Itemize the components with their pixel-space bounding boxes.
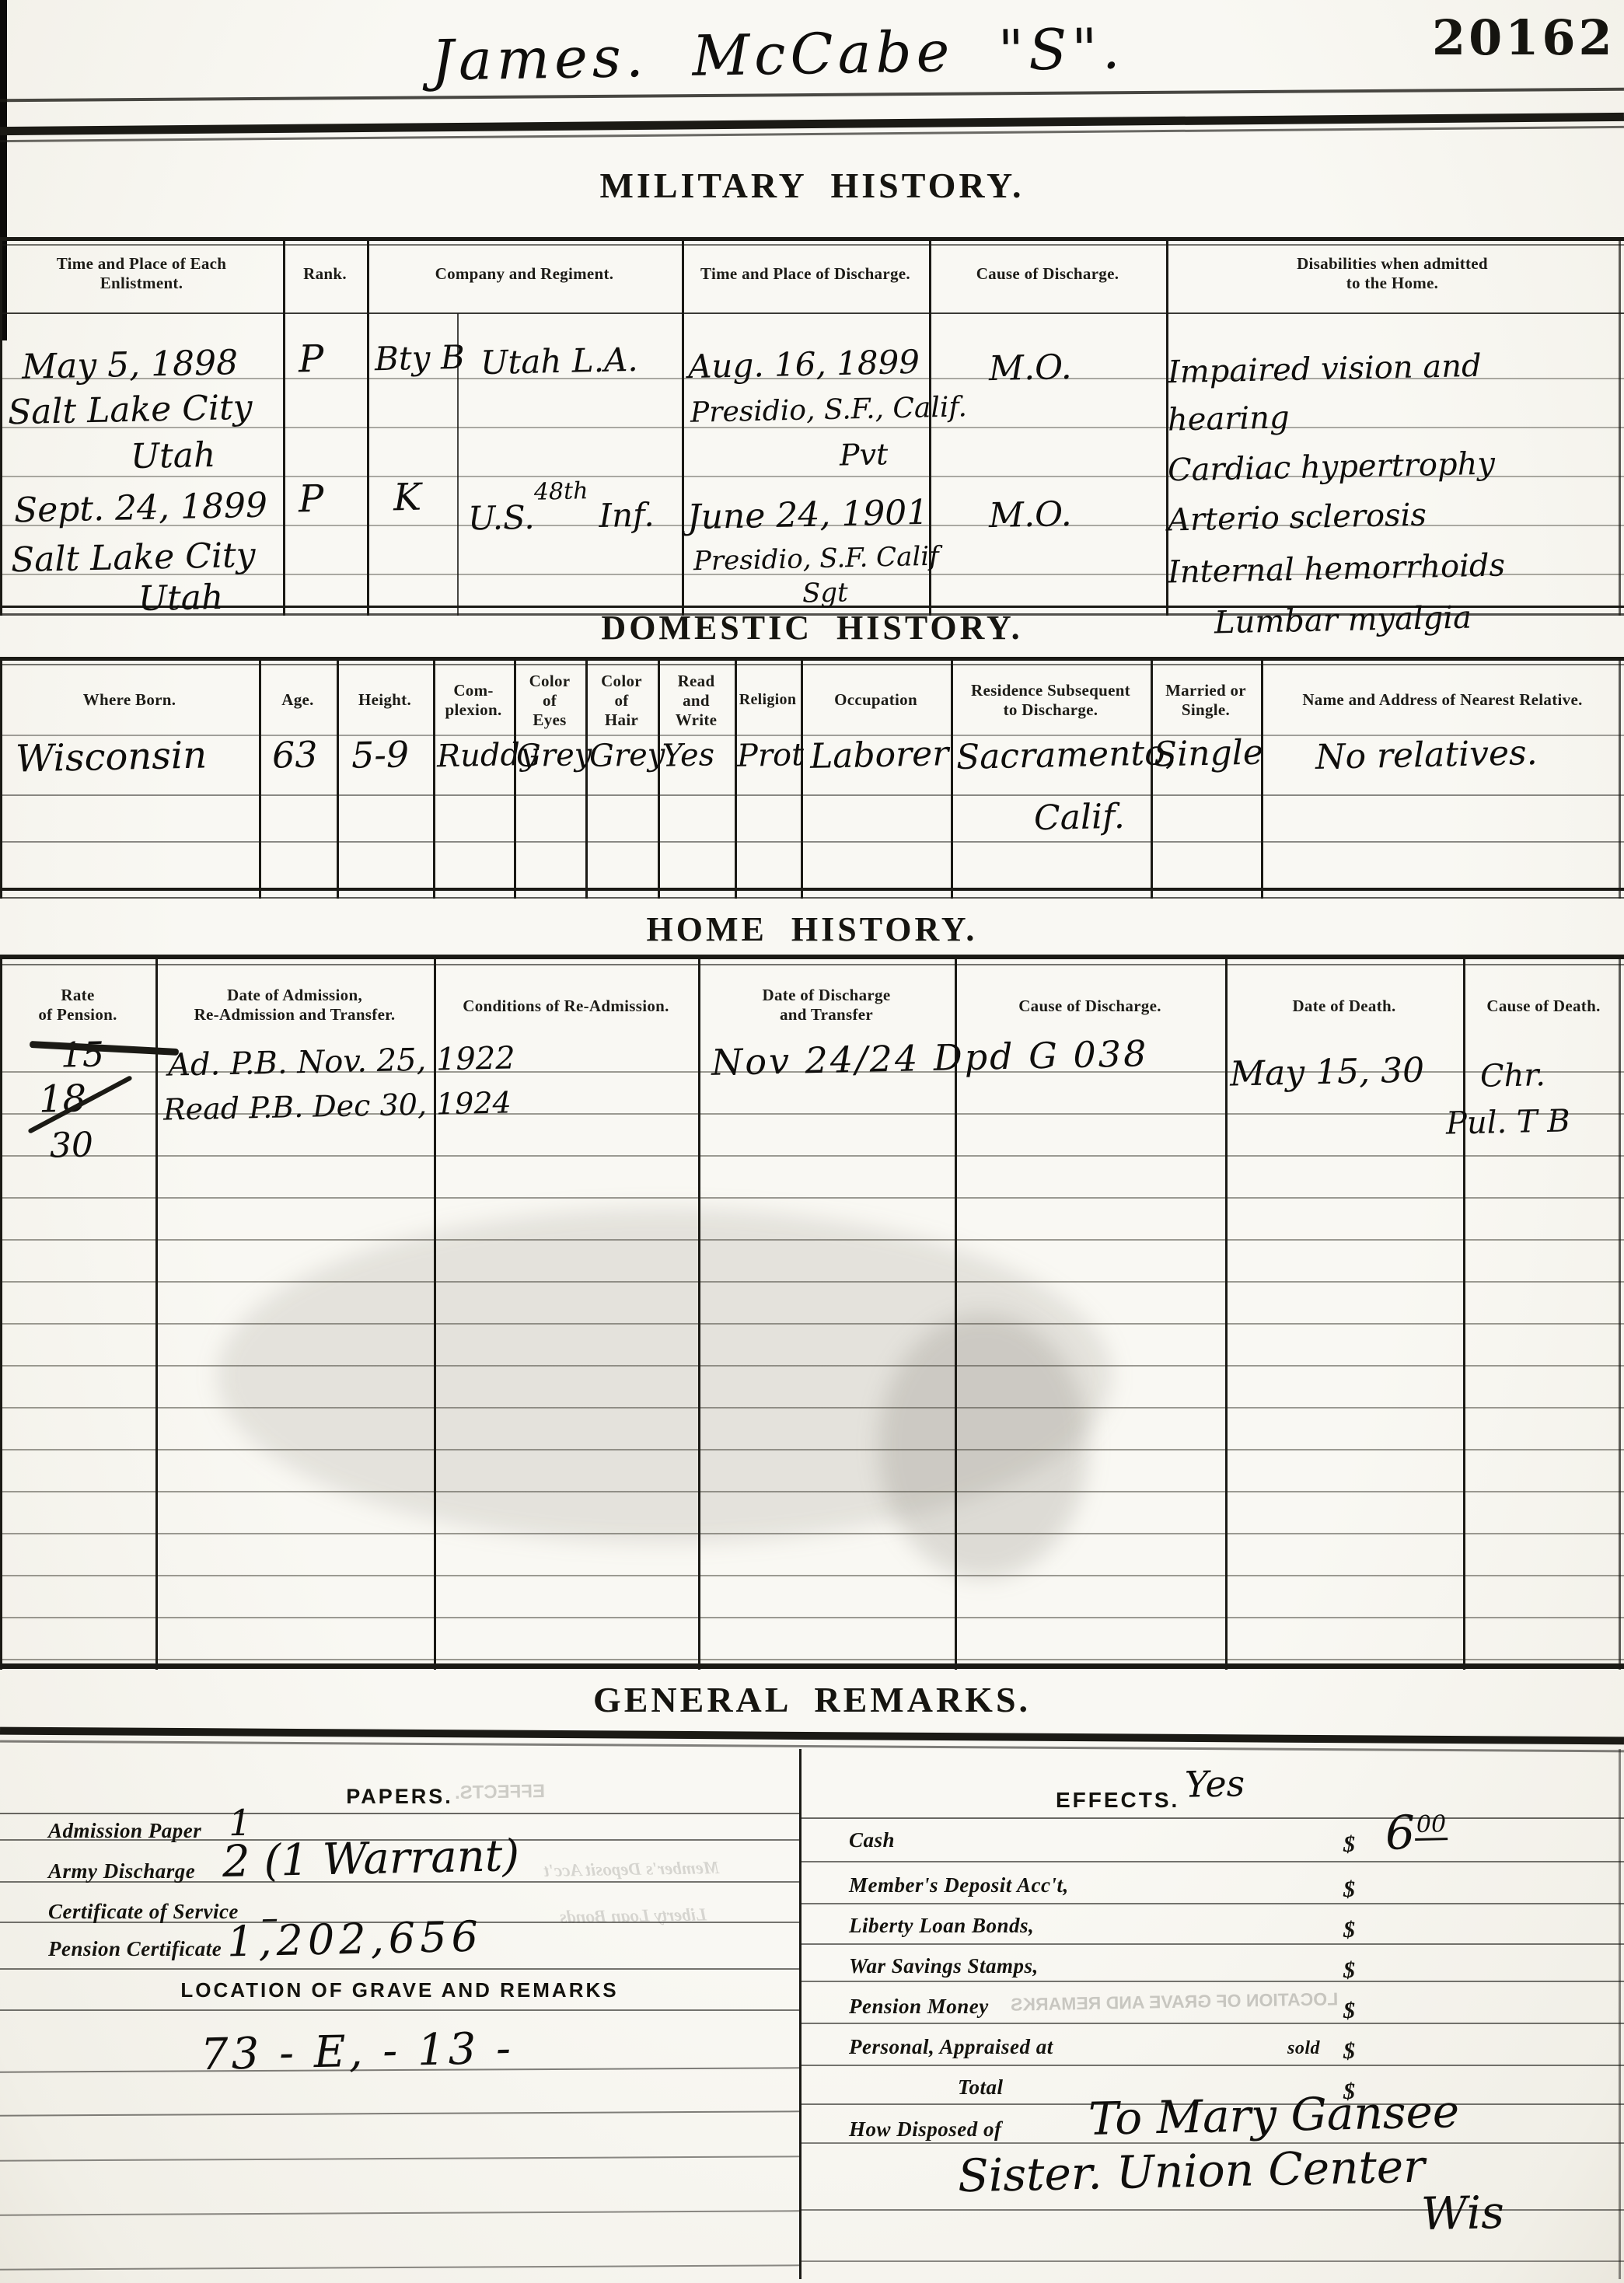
enlistment-place: Salt Lake City <box>11 539 256 578</box>
sold-label: sold <box>1287 2038 1320 2059</box>
discharge-rank: Pvt <box>840 439 889 470</box>
death-cause-value: Chr. <box>1480 1059 1546 1092</box>
column-header: Time and Place of Discharge. <box>682 264 929 284</box>
table-border <box>0 657 1624 661</box>
section-title-remarks: GENERAL REMARKS. <box>0 1679 1624 1720</box>
disposed-value: Sister. Union Center <box>957 2144 1425 2199</box>
column-header: Cause of Death. <box>1463 997 1624 1016</box>
column-header: Name and Address of Nearest Relative. <box>1261 690 1624 710</box>
table-border <box>0 237 1624 241</box>
cash-value: 600 <box>1385 1809 1448 1857</box>
ruled-line <box>799 1861 1624 1862</box>
age-value: 63 <box>272 736 318 773</box>
ruled-line <box>0 794 1624 796</box>
column-header: Rank. <box>283 264 367 284</box>
rank-value: P <box>299 340 324 379</box>
column-header: Residence Subsequent to Discharge. <box>951 681 1151 720</box>
company-value: K <box>393 479 422 517</box>
death-cause-value: Pul. T B <box>1446 1105 1570 1139</box>
personal-label: Personal, Appraised at <box>849 2035 1053 2059</box>
marital-status-value: Single <box>1154 736 1264 773</box>
ruled-lines <box>0 1071 1624 1662</box>
dollar-sign: $ <box>1343 2038 1355 2065</box>
table-border <box>0 312 1624 314</box>
bleed-through-text: LOCATION OF GRAVE AND REMARKS <box>1011 1988 1339 2015</box>
disability-entry: Impaired vision and <box>1168 351 1482 388</box>
read-write-value: Yes <box>662 739 715 771</box>
section-divider <box>799 1749 802 2279</box>
how-disposed-label: How Disposed of <box>849 2117 1002 2142</box>
effects-heading: EFFECTS. <box>1056 1788 1179 1813</box>
company-value: Bty B <box>375 341 466 375</box>
pension-rate-value: 30 <box>50 1128 94 1163</box>
column-header: Com- plexion. <box>433 681 514 720</box>
ruled-line <box>0 1813 799 1814</box>
disability-entry: Cardiac hypertrophy <box>1168 449 1496 487</box>
column-header: Occupation <box>801 690 951 710</box>
certificate-service-label: Certificate of Service <box>48 1900 239 1924</box>
home-discharge-note: Nov 24/24 Dpd G 038 <box>711 1035 1149 1080</box>
bonds-label: Liberty Loan Bonds, <box>849 1914 1034 1938</box>
cash-label: Cash <box>849 1828 895 1852</box>
ruled-line <box>799 1817 1624 1819</box>
column-divider <box>682 237 684 616</box>
rule-line <box>0 113 1624 135</box>
bleed-through-text: EFFECTS. <box>455 1781 545 1804</box>
dollar-sign: $ <box>1343 1917 1355 1943</box>
where-born-value: Wisconsin <box>16 736 208 777</box>
ruled-line <box>0 2009 799 2011</box>
cause-of-discharge: M.O. <box>989 351 1072 386</box>
enlistment-date: Sept. 24, 1899 <box>14 489 268 529</box>
regiment-value: Utah L.A. <box>480 344 638 379</box>
discharge-place: Presidio, S.F. Calif <box>693 543 939 575</box>
column-header: Height. <box>337 690 433 710</box>
army-discharge-label: Army Discharge <box>48 1859 195 1883</box>
column-divider <box>0 955 2 1670</box>
column-divider <box>1619 955 1621 1670</box>
section-title-domestic: DOMESTIC HISTORY. <box>0 608 1624 648</box>
table-border <box>0 1663 1624 1669</box>
column-divider <box>155 955 158 1670</box>
regiment-number: 48th <box>534 477 588 505</box>
ruled-line <box>799 2065 1624 2066</box>
pension-certificate-label: Pension Certificate <box>48 1937 222 1961</box>
admission-entry: Ad. P.B. Nov. 25, 1922 <box>168 1042 516 1080</box>
section-title-military: MILITARY HISTORY. <box>0 165 1624 206</box>
admission-entry: Read P.B. Dec 30, 1924 <box>163 1087 512 1124</box>
discharge-date: June 24, 1901 <box>687 496 929 535</box>
pension-certificate-value: 1,202,656 <box>226 1916 483 1964</box>
column-header: Married or Single. <box>1151 681 1261 720</box>
ruled-line <box>0 1968 799 1970</box>
discharge-rank: Sgt <box>802 579 848 606</box>
grave-location-heading: LOCATION OF GRAVE AND REMARKS <box>0 1978 799 2002</box>
column-header: Read and Write <box>658 672 735 731</box>
ruled-line <box>799 2260 1624 2262</box>
ruled-line <box>799 1981 1624 1982</box>
discharge-place: Presidio, S.F., Calif. <box>690 393 968 427</box>
papers-heading: PAPERS. <box>0 1785 799 1809</box>
dollar-sign: $ <box>1343 1831 1355 1858</box>
column-header: Disabilities when admitted to the Home. <box>1166 254 1619 293</box>
ruled-line <box>0 2110 799 2116</box>
dollar-sign: $ <box>1343 1957 1355 1984</box>
column-divider <box>283 237 285 616</box>
ruled-line <box>0 1881 799 1883</box>
religion-value: Prot <box>737 739 805 772</box>
hair-color-value: Grey <box>589 739 665 772</box>
enlistment-place: Utah <box>131 438 216 474</box>
column-header: Cause of Discharge. <box>929 264 1166 284</box>
ruled-line <box>0 2156 799 2161</box>
disability-entry: Internal hemorrhoids <box>1168 550 1506 588</box>
column-divider <box>367 237 369 616</box>
stamps-label: War Savings Stamps, <box>849 1954 1039 1978</box>
member-name: James. McCabe "S". <box>431 20 1125 89</box>
army-discharge-value: 2 (1 Warrant) <box>222 1834 519 1884</box>
ruled-line <box>799 1903 1624 1904</box>
cause-of-discharge: M.O. <box>989 497 1072 533</box>
nearest-relative-value: No relatives. <box>1315 736 1538 775</box>
column-header: Religion <box>735 690 801 709</box>
column-header: Conditions of Re-Admission. <box>434 997 698 1016</box>
column-header: Age. <box>259 690 337 710</box>
table-border <box>0 955 1624 959</box>
regiment-suffix: Inf. <box>599 495 655 534</box>
enlistment-place: Salt Lake City <box>8 391 253 431</box>
table-border <box>0 964 1624 965</box>
column-divider <box>1463 955 1465 1670</box>
effects-note: Yes <box>1185 1765 1245 1803</box>
cash-cents: 00 <box>1415 1810 1448 1841</box>
column-header: Where Born. <box>0 690 259 710</box>
regiment-value: U.S.48th Inf. <box>468 495 655 535</box>
dollar-sign: $ <box>1343 1876 1355 1903</box>
column-header: Color of Hair <box>585 672 658 731</box>
section-divider <box>1619 1749 1621 2279</box>
residence-value: Sacramento, <box>956 736 1176 775</box>
ruled-line <box>799 2023 1624 2024</box>
column-header: Cause of Discharge. <box>955 997 1225 1016</box>
column-header: Rate of Pension. <box>0 986 155 1025</box>
column-header: Time and Place of Each Enlistment. <box>0 254 283 293</box>
table-border <box>0 664 1624 665</box>
column-header: Date of Death. <box>1225 997 1463 1016</box>
column-header: Date of Admission, Re-Admission and Tran… <box>155 986 434 1025</box>
occupation-value: Laborer <box>810 737 949 774</box>
enlistment-date: May 5, 1898 <box>22 346 239 385</box>
rank-value: P <box>299 480 324 518</box>
disability-entry: Arterio sclerosis <box>1168 500 1427 536</box>
table-border <box>0 888 1624 891</box>
pension-money-label: Pension Money <box>849 1995 989 2019</box>
section-title-home: HOME HISTORY. <box>0 909 1624 949</box>
table-border <box>0 244 1624 246</box>
disability-entry: hearing <box>1168 402 1290 435</box>
death-date-value: May 15, 30 <box>1230 1053 1425 1091</box>
dollar-sign: $ <box>1343 1998 1355 2024</box>
bleed-through-text: Member's Deposit Acc't <box>544 1858 720 1881</box>
table-border <box>0 897 1624 899</box>
ruled-line <box>0 2210 799 2215</box>
column-divider <box>0 237 2 616</box>
disposed-value: To Mary Gansee <box>1088 2089 1459 2142</box>
height-value: 5-9 <box>351 736 410 773</box>
discharge-date: Aug. 16, 1899 <box>688 346 920 383</box>
column-header: Color of Eyes <box>514 672 585 731</box>
record-page: James. McCabe "S". 20162 MILITARY HISTOR… <box>0 0 1624 2283</box>
total-label: Total <box>958 2075 1004 2100</box>
column-divider <box>698 955 700 1670</box>
case-number: 20162 <box>1432 9 1615 66</box>
ruled-line <box>799 1943 1624 1945</box>
bleed-through-text: Liberty Loan Bonds <box>560 1904 707 1927</box>
deposit-label: Member's Deposit Acc't, <box>849 1873 1069 1897</box>
ruled-line <box>0 2264 799 2270</box>
column-divider <box>1225 955 1228 1670</box>
eye-color-value: Grey <box>516 739 592 772</box>
regiment-prefix: U.S. <box>468 498 536 538</box>
ruled-line <box>0 841 1624 843</box>
column-header: Date of Discharge and Transfer <box>698 986 955 1025</box>
rule-line <box>0 88 1624 103</box>
residence-value: Calif. <box>1034 800 1126 836</box>
disposed-value: Wis <box>1420 2190 1504 2236</box>
column-header: Company and Regiment. <box>367 264 682 284</box>
column-divider <box>1619 237 1621 616</box>
cash-dollars: 6 <box>1385 1806 1416 1861</box>
